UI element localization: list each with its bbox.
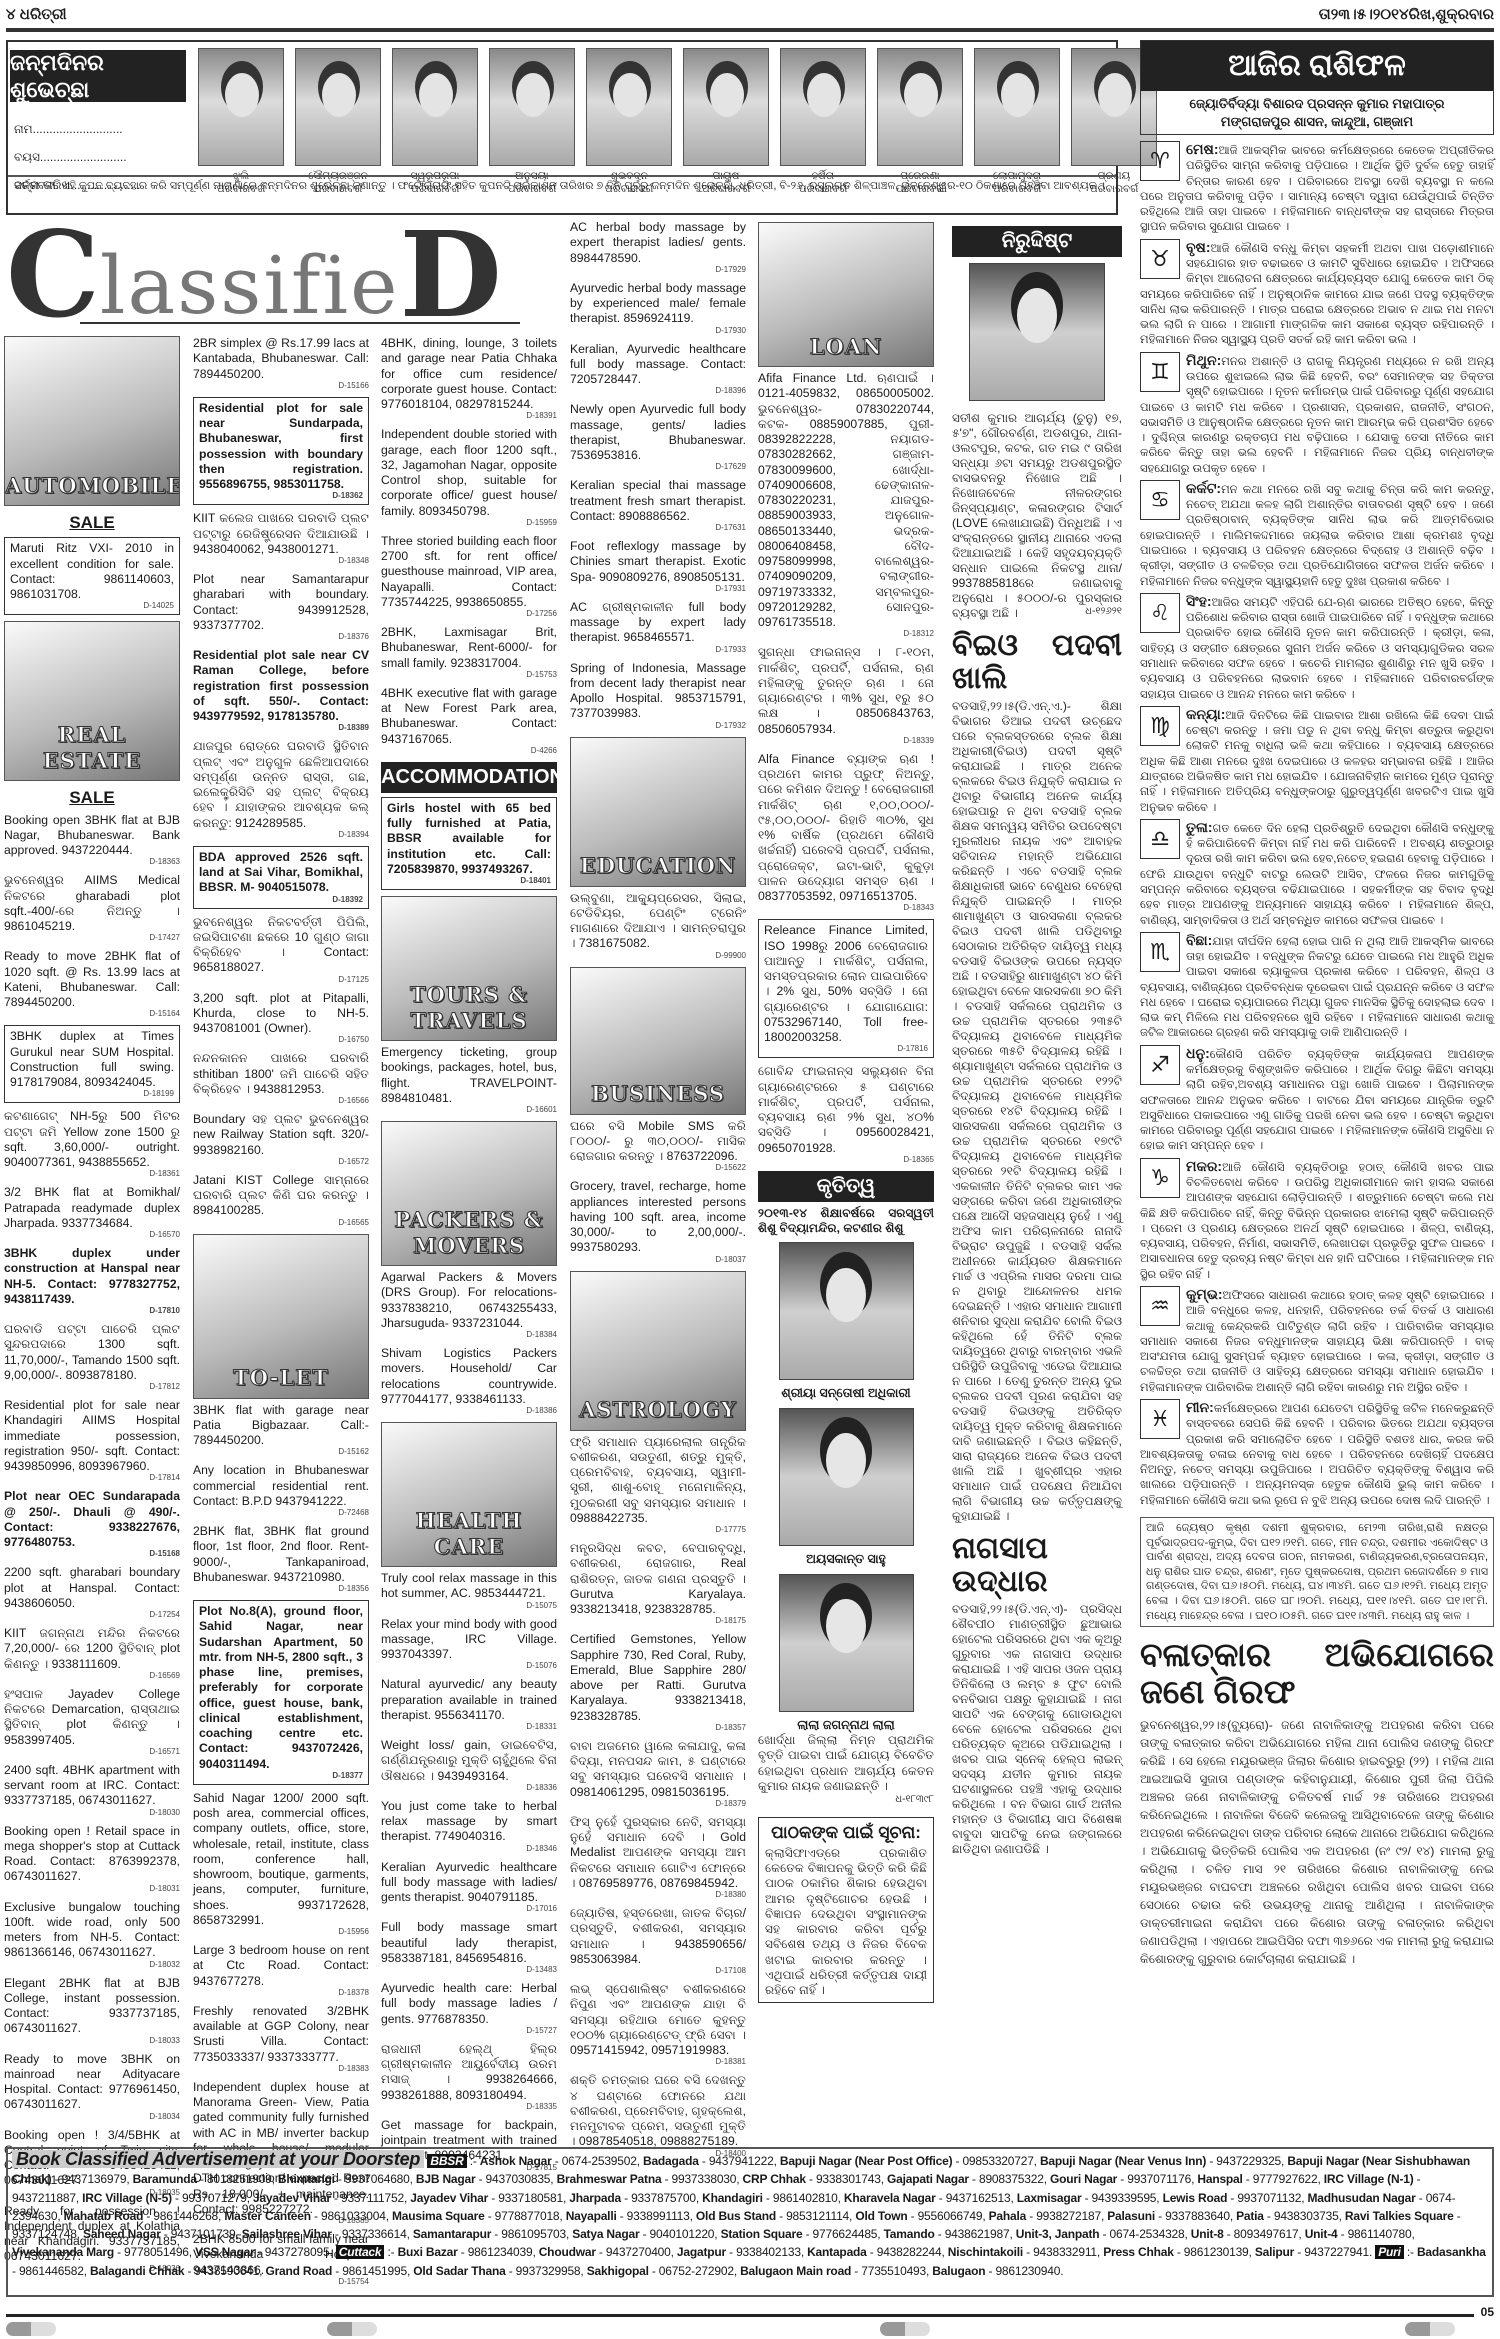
classified-ad: Plot near Samantarapur gharabari with bo… — [193, 572, 369, 642]
classified-ad: Keralian Ayurvedic healthcare full body … — [381, 1860, 557, 1915]
region-tag: Puri — [1375, 2245, 1404, 2259]
booking-center-name: Madhusudan Nagar — [1307, 2191, 1415, 2205]
ad-code: D-17427 — [4, 933, 180, 943]
zodiac-sign-name: କୁମ୍ଭ: — [1186, 1286, 1223, 1302]
zodiac-prediction: ଆଜି କୌଣସି ବନ୍ଧୁ କିମ୍ବା ସହକର୍ମୀ ଅଥବା ପାଖ … — [1140, 243, 1494, 347]
classified-column-5: LOAN Afifa Finance Ltd. ଋଣପାଇଁ । 0121-40… — [758, 222, 934, 2003]
ad-code: D-17929 — [570, 265, 746, 275]
classified-ad: 2BR simplex @ Rs.17.99 lacs at Kantabada… — [193, 336, 369, 391]
accommodation-heading: ACCOMMODATION — [381, 762, 557, 793]
news-body: ବଡସାହି,୨୨।୫(ଡି.ଏନ୍.ଏ)- ପ୍ରସିଦ୍ଧ ଶୈବପୀଠ ମ… — [952, 1602, 1122, 1857]
reader-notice: ପାଠକଙ୍କ ପାଇଁ ସୂଚନା: କ୍ଲାସିଫାଏଡ୍‌ରେ ପ୍ରକା… — [758, 1817, 934, 2004]
ad-text: Jatani KIST College ସାମ୍ନାରେ ଘରବାରି ପ୍ଲଟ… — [193, 1173, 369, 1218]
achievement-intro: ୨୦୧୩-୧୪ ଶିକ୍ଷାବର୍ଷରେ ସରସ୍ୱତୀ ଶିଶୁ ବିଦ୍ୟା… — [758, 1206, 934, 1237]
ad-code: D-15162 — [193, 1447, 369, 1457]
classified-ad: 2400 sqft. 4BHK apartment with servant r… — [4, 1763, 180, 1818]
booking-center-name: Unit-8 — [1191, 2227, 1224, 2241]
booking-center-phone: 9861140780 — [1348, 2227, 1412, 2241]
classified-ad: Booking open 3BHK flat at BJB Nagar, Bhu… — [4, 813, 180, 868]
booking-center-name: Mahatab Road — [64, 2209, 144, 2223]
classified-ad: ଲଭ୍ ସ୍ପେଶାଲିଷ୍ଟ ବଶୀକରଣରେ ନିପୁଣ ଏବଂ ଆପଣଙ୍… — [570, 1982, 746, 2067]
ad-text: Natural ayurvedic/ any beauty preparatio… — [381, 1677, 557, 1722]
classified-ad: ସୁଗନ୍ଧା ଫାଇନାନ୍ସ । ୮-୧୦ମ, ମାର୍କଶିଟ୍, ପ୍ର… — [758, 645, 934, 746]
ad-text: ଫ୍ରି ସମାଧାନ ପ୍ୟାରେଲାଲ ତାନ୍ତ୍ରିକ ବଶୀକରଣ, … — [570, 1435, 746, 1525]
birthday-title: ଜନ୍ମଦିନର ଶୁଭେଚ୍ଛା — [10, 50, 186, 102]
classified-ad: Natural ayurvedic/ any beauty preparatio… — [381, 1677, 557, 1732]
classified-ad: 4BHK executive flat with garage at New F… — [381, 686, 557, 756]
classified-ad: Ayurvedic health care: Herbal full body … — [381, 1981, 557, 2036]
ad-code: D-18356 — [193, 1584, 369, 1594]
ad-text: 2BHK, Laxmisagar Brit, Bhubaneswar, Rent… — [381, 625, 557, 670]
ad-text: Releance Finance Limited, ISO 1998ରୁ 200… — [764, 923, 928, 1044]
zodiac-sign-name: ମକର: — [1186, 1158, 1222, 1174]
zodiac-prediction: ଯାହା ଦୀର୍ଘଦିନ ହେଲା ହୋଇ ପାରି ନ ଥିଲା ଆଜି ଆ… — [1140, 936, 1494, 1040]
classified-ad: 2BHK, Laxmisagar Brit, Bhubaneswar, Rent… — [381, 625, 557, 680]
booking-center-phone: 9438282244 — [877, 2245, 942, 2259]
ad-text: Plot No.8(A), ground floor, Sahid Nagar,… — [199, 1604, 363, 1771]
booking-center-name: Jayadev Vihar — [410, 2191, 488, 2205]
booking-center-name: Hanspal — [1197, 2172, 1242, 2186]
booking-center-phone: 06752-272902 — [659, 2264, 734, 2278]
ad-code: D-18394 — [193, 830, 369, 840]
ad-text: Residential plot sale near CV Raman Coll… — [193, 648, 369, 723]
ad-code: D-4266 — [381, 746, 557, 756]
classified-ad: Spring of Indonesia, Massage from decent… — [570, 661, 746, 731]
booking-center-name: Nayapalli — [566, 2209, 617, 2223]
ad-code: D-17930 — [570, 326, 746, 336]
ad-text: Boundary ସହ ପ୍ଲଟ ଭୁବନେଶ୍ୱର new Railway S… — [193, 1112, 369, 1157]
classified-ad: Weight loss/ gain, ଡାଇବେଟିସ, ଗର୍ଣ୍ଣିଯନ୍ତ… — [381, 1738, 557, 1793]
classified-ad-list: Emergency ticketing, group bookings, pac… — [381, 1045, 557, 1115]
booking-center-phone: 9556066749 — [918, 2209, 983, 2223]
horoscope-list: ♈ମେଷ:ଆଜି ଆକସ୍ମିକ ଭାବରେ କର୍ମକ୍ଷେତ୍ରରେ କେତ… — [1140, 140, 1494, 1968]
classified-ad: Jatani KIST College ସାମ୍ନାରେ ଘରବାରି ପ୍ଲଟ… — [193, 1173, 369, 1228]
classified-ad: Releance Finance Limited, ISO 1998ରୁ 200… — [758, 919, 934, 1058]
ad-code: D-17931 — [570, 584, 746, 594]
ad-code: D-18030 — [4, 1808, 180, 1818]
booking-center-name: Kantapada — [807, 2245, 867, 2259]
ad-text: ଲଭ୍ ସ୍ପେଶାଲିଷ୍ଟ ବଶୀକରଣରେ ନିପୁଣ ଏବଂ ଆପଣଙ୍… — [570, 1982, 746, 2057]
coupon-age-field: ବୟସ.......................... — [14, 150, 184, 178]
classified-ad: 3BHK duplex at Times Gurukul near SUM Ho… — [4, 1025, 180, 1103]
ad-text: Residential plot for sale near Khandagir… — [4, 1398, 180, 1473]
ad-text: Weight loss/ gain, ଡାଇବେଟିସ, ଗର୍ଣ୍ଣିଯନ୍ତ… — [381, 1738, 557, 1783]
ad-code: D-18377 — [199, 1771, 363, 1781]
booking-center-name: Satya Nagar — [572, 2227, 639, 2241]
booking-center-name: Vivekananda Marg — [12, 2245, 114, 2259]
ad-text: Ayurvedic herbal body massage by experie… — [570, 281, 746, 326]
booking-center-name: Gajapati Nagar — [887, 2172, 969, 2186]
classified-ad-list: ଫ୍ରି ସମାଧାନ ପ୍ୟାରେଲାଲ ତାନ୍ତ୍ରିକ ବଶୀକରଣ, … — [570, 1435, 746, 2159]
ad-code: D-18032 — [4, 1960, 180, 1970]
ad-code: D-15164 — [4, 1009, 180, 1019]
ad-code: D-18336 — [381, 1783, 557, 1793]
classified-ad: ବାବା ଅଜମେର ୱାଲେ କଳାଯାଦୁ, କଳା ବିଦ୍ୟା, ମନପ… — [570, 1739, 746, 1809]
packers-movers-banner: PACKERS & MOVERS — [381, 1121, 557, 1266]
ad-code: D-18346 — [381, 1844, 557, 1854]
ad-code: D-17775 — [570, 1525, 746, 1535]
booking-center-phone: 9778051496 — [124, 2245, 189, 2259]
header-divider — [6, 28, 1494, 32]
sale-heading: SALE — [4, 787, 180, 808]
ad-code: D-15075 — [381, 1601, 557, 1611]
classified-ad-list: AC herbal body massage by expert therapi… — [570, 220, 746, 731]
zodiac-sign-name: କର୍କଟ: — [1186, 480, 1221, 496]
ad-text: Girls hostel with 65 bed fully furnished… — [387, 801, 551, 876]
booking-center-phone: 9861451995 — [342, 2264, 407, 2278]
ad-code: D-17108 — [570, 1966, 746, 1976]
classified-ad: ମନ୍ତ୍ରସିଦ୍ଧ କବଚ, ବେପାରବୃଦ୍ଧି, ବଶୀକରଣ, ରୋ… — [570, 1541, 746, 1626]
zodiac-sign-entry: ♊ମିଥୁନ:ମନର ଅଶାନ୍ତି ଓ ରାଗକୁ ନିୟନ୍ତ୍ରଣ ମଧ୍… — [1140, 351, 1494, 477]
booking-center-name: Unit-4 — [1305, 2227, 1338, 2241]
ad-text: Grocery, travel, recharge, home applianc… — [570, 1179, 746, 1254]
page-number: 05 — [1481, 2305, 1494, 2320]
ad-text: ଭୁବନେଶ୍ୱର ନିକଟବର୍ତ୍ତୀ ପିପିଲି, ଜଇସିପାଟଣା … — [193, 915, 369, 975]
booking-center-phone: 9853121114 — [786, 2209, 849, 2223]
student-name: ଶ୍ରୀୟା ସନ୍ତୋଷୀ ଅଧିକାରୀ — [758, 1386, 934, 1402]
ad-code: D-18199 — [10, 1089, 174, 1099]
portrait-photo — [198, 48, 284, 166]
ad-code: D-18401 — [387, 876, 551, 886]
classified-ad: Newly open Ayurvedic full body massage, … — [570, 402, 746, 472]
zodiac-sign-name: ମେଷ: — [1186, 141, 1218, 157]
booking-center-name: Bapuji Nagar (Near Post Office) — [780, 2154, 953, 2168]
ad-text: Keralian Ayurvedic healthcare full body … — [381, 1860, 557, 1905]
ad-code: D-15622 — [570, 1163, 746, 1173]
booking-center-phone: 9861446268 — [153, 2209, 218, 2223]
booking-center-phone: 8018251909 — [207, 2172, 272, 2186]
zodiac-prediction: ଅଫିସରେ ସାଧାରଣ କଥାରେ ହଠାତ୍ କଳହ ସୃଷ୍ଟି ହୋଇ… — [1140, 1290, 1494, 1394]
panchang-box: ଆଜି ଜ୍ୟେଷ୍ଠ କୃଷ୍ଣ ଦଶମୀ ଶୁକ୍ରବାର, ମେ୨୩ ତା… — [1140, 1517, 1494, 1627]
ad-text: ରାଜଧାନୀ ହେଲ୍‌ଥ୍ ହିଲ୍‌ର ଗ୍ରୀଷ୍ମକାଳୀନ ଆୟୁର… — [381, 2042, 557, 2102]
birthday-card: ଝୁଲିପରିବାରବର୍ଗ — [196, 48, 286, 196]
ad-text: ଶକ୍ତି ଚମତ୍କାର ଘରେ ବସି ଦେଖନ୍ତୁ ୪ ଘଣ୍ଟାରେ … — [570, 2073, 746, 2148]
ad-code: D-15956 — [193, 1927, 369, 1937]
student-photo — [779, 1574, 914, 1712]
ad-text: Foot reflexlogy massage by Chinies smart… — [570, 539, 746, 584]
ad-text: Freshly renovated 3/2BHK available at GG… — [193, 2004, 369, 2064]
ad-text: Ayurvedic health care: Herbal full body … — [381, 1981, 557, 2026]
classified-ad: Residential plot sale near CV Raman Coll… — [193, 648, 369, 733]
ad-code: D-18343 — [758, 903, 934, 913]
achievement-outro: ଖୋର୍ଦ୍ଧା ଜିଲ୍ଲା ନିମ୍ନ ପ୍ରାଥମିକ ବୃତ୍ତି ପା… — [758, 1733, 934, 1807]
booking-center-phone: 9438621987 — [945, 2227, 1010, 2241]
birthday-card: ସ୍ୱରୂପରୂପାପରିବାରବର୍ଗ — [390, 48, 480, 196]
booking-center-phone: 8908375322 — [979, 2172, 1044, 2186]
booking-center-name: Tamando — [884, 2227, 935, 2241]
region-tag: BBSR — [427, 2154, 466, 2168]
zodiac-prediction: ମନର ଅଶାନ୍ତି ଓ ରାଗକୁ ନିୟନ୍ତ୍ରଣ ମଧ୍ୟରେ ନ ର… — [1140, 356, 1494, 475]
zodiac-prediction: ଗତ କେତେ ଦିନ ହେଲା ପ୍ରତିଶ୍ରୁତି ଦେଇଥିବା କୌଣ… — [1140, 823, 1494, 927]
booking-center-name: Patia — [1236, 2209, 1264, 2223]
zodiac-signs: ♈ମେଷ:ଆଜି ଆକସ୍ମିକ ଭାବରେ କର୍ମକ୍ଷେତ୍ରରେ କେତ… — [1140, 140, 1494, 1509]
ad-text: 2BR simplex @ Rs.17.99 lacs at Kantabada… — [193, 336, 369, 381]
classified-ad: Alfa Finance ବ୍ୟାଙ୍କ ଋଣ ! ପ୍ରଥମେ କାମର ପ୍… — [758, 752, 934, 914]
ad-code: D-18384 — [381, 1330, 557, 1340]
ad-text: Booking open 3BHK flat at BJB Nagar, Bhu… — [4, 813, 180, 858]
zodiac-icon: ♊ — [1140, 352, 1180, 392]
classified-ad: Truly cool relax massage in this hot sum… — [381, 1571, 557, 1611]
classified-ad-list: ଉଲ୍‌ବୁଣା, ଆକ୍ୟୁପ୍ରେସର, ସିଲାଇ, ଟେଡିବିୟର, … — [570, 891, 746, 961]
ad-text: ବାବା ଅଜମେର ୱାଲେ କଳାଯାଦୁ, କଳା ବିଦ୍ୟା, ମନପ… — [570, 1739, 746, 1799]
classified-ad: Full body massage smart beautiful lady t… — [381, 1920, 557, 1975]
booking-center-name: Samantarapur — [413, 2227, 491, 2241]
ad-text: Plot near Samantarapur gharabari with bo… — [193, 572, 369, 632]
ad-code: D-18376 — [193, 632, 369, 642]
zodiac-sign-entry: ♑ମକର:ଆଜି କୌଣସି ବ୍ୟକ୍ତିଠାରୁ ହଠାତ୍ କୌଣସି ଖ… — [1140, 1157, 1494, 1283]
portrait-photo — [295, 48, 381, 166]
classified-ad: Ready to move 3BHK on mainroad near Adit… — [4, 2052, 180, 2122]
ad-text: Booking open ! Retail space in mega shop… — [4, 1824, 180, 1884]
ad-code: D-15753 — [381, 670, 557, 680]
ad-text: Agarwal Packers & Movers (DRS Group). Fo… — [381, 1270, 557, 1330]
ad-code: D-18357 — [570, 1723, 746, 1733]
booking-center-name: Balugaon Main road — [740, 2264, 851, 2278]
classified-ad: 3,200 sqft. plot at Pitapalli, Khurda, c… — [193, 991, 369, 1046]
ad-text: Full body massage smart beautiful lady t… — [381, 1920, 557, 1965]
booking-center-phone: 9937071279 — [182, 2191, 247, 2205]
booking-center-phone: 9861230139 — [1184, 2245, 1249, 2259]
zodiac-sign-name: ମୀନ: — [1186, 1399, 1214, 1415]
booking-center-phone: 9437270400 — [606, 2245, 671, 2259]
classified-ad: Keralian, Ayurvedic healthcare full body… — [570, 342, 746, 397]
booking-center-name: Balugaon — [932, 2264, 985, 2278]
ad-text: BDA approved 2526 sqft. land at Sai Viha… — [199, 850, 363, 895]
classified-ad: ଶକ୍ତି ଚମତ୍କାର ଘରେ ବସି ଦେଖନ୍ତୁ ୪ ଘଣ୍ଟାରେ … — [570, 2073, 746, 2158]
booking-center-phone: 9437162513 — [946, 2191, 1011, 2205]
classified-ad: AC herbal body massage by expert therapi… — [570, 220, 746, 275]
booking-center-name: Old Town — [855, 2209, 907, 2223]
ad-text: Truly cool relax massage in this hot sum… — [381, 1571, 557, 1600]
zodiac-icon: ♍ — [1140, 706, 1180, 746]
ad-text: ନନ୍ଦନକାନନ ପାଖରେ ଘରବାରି sthitiban 1800' ଜ… — [193, 1051, 369, 1096]
booking-center-phone: 8093497617 — [1234, 2227, 1299, 2241]
ad-code: D-18362 — [199, 491, 363, 501]
booking-center-phone: 9338301743 — [816, 2172, 881, 2186]
ad-text: Exclusive bungalow touching 100ft. wide … — [4, 1900, 180, 1960]
classified-ad: ଉଲ୍‌ବୁଣା, ଆକ୍ୟୁପ୍ରେସର, ସିଲାଇ, ଟେଡିବିୟର, … — [570, 891, 746, 961]
booking-center-phone: 9437278095 — [265, 2245, 330, 2259]
zodiac-sign-entry: ♉ବୃଷ:ଆଜି କୌଣସି ବନ୍ଧୁ କିମ୍ବା ସହକର୍ମୀ ଅଥବା… — [1140, 238, 1494, 349]
booking-center-name: Mausima Square — [392, 2209, 485, 2223]
footer-divider — [6, 2314, 1474, 2317]
ad-code: D-18396 — [570, 386, 746, 396]
classified-ad: BDA approved 2526 sqft. land at Sai Viha… — [193, 846, 369, 909]
page-tab-decoration — [6, 2322, 56, 2336]
classified-ad: Foot reflexlogy massage by Chinies smart… — [570, 539, 746, 594]
classified-ad: AC ଗ୍ରୀଷ୍ମକାଳୀନ full body massage by exp… — [570, 600, 746, 655]
classified-ad-list: Agarwal Packers & Movers (DRS Group). Fo… — [381, 1270, 557, 1416]
classified-ad: You just come take to herbal relax massa… — [381, 1799, 557, 1854]
classified-column-2: 2BR simplex @ Rs.17.99 lacs at Kantabada… — [193, 336, 369, 2293]
portrait-photo — [683, 48, 769, 166]
ad-text: 3BHK duplex under construction at Hanspa… — [4, 1246, 180, 1306]
booking-center-name: Pahala — [989, 2209, 1027, 2223]
ad-text: Large 3 bedroom house on rent at Ctc Roa… — [193, 1943, 369, 1988]
zodiac-prediction: କର୍ମକ୍ଷେତ୍ରରେ ଆପଣ ଯେତେଟା ପରିସ୍ଥିତିକୁ ଜଟି… — [1140, 1403, 1494, 1507]
logo-underline — [80, 322, 520, 324]
classified-ad: Three storied building each floor 2700 s… — [381, 534, 557, 619]
booking-center-name: Old Sadar Thana — [413, 2264, 505, 2278]
zodiac-icon: ♓ — [1140, 1399, 1180, 1439]
booking-center-name: Baramunda — [133, 2172, 197, 2186]
portrait-photo — [780, 48, 866, 166]
booking-center-phone: 0674-2539502 — [562, 2154, 637, 2168]
classified-ad: Elegant 2BHK flat at BJB College, instan… — [4, 1976, 180, 2046]
footer-lead: Book Classified Advertisement at your Do… — [12, 2150, 424, 2168]
ad-text: Elegant 2BHK flat at BJB College, instan… — [4, 1976, 180, 2036]
classified-ad: Plot No.8(A), ground floor, Sahid Nagar,… — [193, 1600, 369, 1785]
ad-text: Independent double storied with garage, … — [381, 427, 557, 517]
ad-code: D-15168 — [4, 1549, 180, 1559]
zodiac-icon: ♐ — [1140, 1045, 1180, 1085]
booking-center-name: BJB Nagar — [416, 2172, 476, 2186]
booking-center-name: Jagatpur — [677, 2245, 726, 2259]
business-banner: BUSINESS — [570, 967, 746, 1115]
birthday-greetings-box: ଜନ୍ମଦିନର ଶୁଭେଚ୍ଛା ନାମ...................… — [6, 40, 1118, 215]
classified-ad: ନନ୍ଦନକାନନ ପାଖରେ ଘରବାରି sthitiban 1800' ଜ… — [193, 1051, 369, 1106]
booking-center-phone: 9337180581 — [498, 2191, 563, 2205]
ad-text: KIIT କଲେଜ ପାଖରେ ଘରବାଡି ପ୍ଲଟ ପଟ୍ଟାରୁ ରେଜି… — [193, 511, 369, 556]
news-body: ବଡସାହି,୨୨।୫(ଡି.ଏନ୍.ଏ.)- ଶିକ୍ଷା ବିଭାଗର ଡି… — [952, 699, 1122, 1524]
zodiac-prediction: ଆଜି ଆକସ୍ମିକ ଭାବରେ କର୍ମକ୍ଷେତ୍ରରେ କେତେକ ଅପ… — [1140, 145, 1494, 233]
classified-ad: Large 3 bedroom house on rent at Ctc Roa… — [193, 1943, 369, 1998]
astrology-banner: ASTROLOGY — [570, 1271, 746, 1431]
ad-text: ଗୋବିନ୍ଦ ଫାଇନାନ୍ସ ସଲ୍ୟୁଶନ ବିନା ଗ୍ୟାରେଣ୍ଟର… — [758, 1064, 934, 1154]
ad-text: 2BHK flat, 3BHK flat ground floor, 1st f… — [193, 1524, 369, 1584]
ad-code: D-17016 — [381, 1904, 557, 1914]
classified-ad: ଯାଜପୁର ରୋଡ୍‌ରେ ଘରବାଡି ସ୍ଥିତିବାନ ପ୍ଲଟ୍ ଏବ… — [193, 739, 369, 840]
education-banner: EDUCATION — [570, 737, 746, 887]
ad-text: AC herbal body massage by expert therapi… — [570, 220, 746, 265]
zodiac-prediction: ଆଜି କୌଣସି ବ୍ୟକ୍ତିଠାରୁ ହଠାତ୍ କୌଣସି ଖବର ପା… — [1140, 1162, 1494, 1281]
classified-logo: ClassifieD — [6, 222, 526, 322]
classified-ad: KIIT କଲେଜ ପାଖରେ ଘରବାଡି ପ୍ଲଟ ପଟ୍ଟାରୁ ରେଜି… — [193, 511, 369, 566]
booking-center-phone: 9437101739 — [171, 2227, 236, 2241]
booking-center-phone: 9938272187 — [1036, 2209, 1101, 2223]
booking-center-name: Lewis Road — [1163, 2191, 1228, 2205]
zodiac-icon: ♉ — [1140, 239, 1180, 279]
ad-code: D-15727 — [381, 2026, 557, 2036]
zodiac-sign-entry: ♈ମେଷ:ଆଜି ଆକସ୍ମିକ ଭାବରେ କର୍ମକ୍ଷେତ୍ରରେ କେତ… — [1140, 140, 1494, 236]
ad-code: D-17256 — [381, 609, 557, 619]
zodiac-sign-entry: ♒କୁମ୍ଭ:ଅଫିସରେ ସାଧାରଣ କଥାରେ ହଠାତ୍ କଳହ ସୃଷ… — [1140, 1285, 1494, 1396]
zodiac-sign-name: ସିଂହ: — [1186, 593, 1212, 609]
birthday-card: ପ୍ରେରଣାପରିବାରବର୍ଗ — [875, 48, 965, 196]
ad-text: Spring of Indonesia, Massage from decent… — [570, 661, 746, 721]
booking-center-phone: 9437136979 — [62, 2172, 127, 2186]
zodiac-sign-entry: ♐ଧନୁ:କୌଣସି ପରିଚିତ ବ୍ୟକ୍ତିଙ୍କ କାର୍ଯ୍ୟକଳାପ… — [1140, 1044, 1494, 1155]
classified-ad: ରାଜଧାନୀ ହେଲ୍‌ଥ୍ ହିଲ୍‌ର ଗ୍ରୀଷ୍ମକାଳୀନ ଆୟୁର… — [381, 2042, 557, 2112]
booking-center-phone: 9437030835 — [486, 2172, 551, 2186]
ad-text: 3,200 sqft. plot at Pitapalli, Khurda, c… — [193, 991, 369, 1036]
zodiac-prediction: ମନ କଥା ମନରେ ରଖି ସବୁ କଥାକୁ ଚିନ୍ତା କରି କାମ… — [1140, 484, 1494, 588]
ad-text: Relax your mind body with good massage, … — [381, 1617, 557, 1662]
ad-text: Shivam Logistics Packers movers. Househo… — [381, 1346, 557, 1406]
ad-text: Keralian, Ayurvedic healthcare full body… — [570, 342, 746, 387]
zodiac-prediction: କୌଣସି ପରିଚିତ ବ୍ୟକ୍ତିଙ୍କ କାର୍ଯ୍ୟକଳାପ ଆପଣଙ… — [1140, 1049, 1494, 1153]
ad-text: ସୁଗନ୍ଧା ଫାଇନାନ୍ସ । ୮-୧୦ମ, ମାର୍କଶିଟ୍, ପ୍ର… — [758, 645, 934, 735]
birthday-card: ଅନୁସୟାପରିବାରବର୍ଗ — [487, 48, 577, 196]
classified-ad: ଘରେ ବସି Mobile SMS କରି ୮୦୦୦/- ରୁ ୩୦,୦୦୦/… — [570, 1119, 746, 1174]
booking-center-name: Nischintakoili — [948, 2245, 1023, 2259]
ad-text: ଫିସ୍ ନୁହେଁ ପୁରସ୍କାର ନେବି, ସମସ୍ୟା ନୁହେଁ ସ… — [570, 1815, 746, 1890]
booking-center-phone: 9937338030 — [672, 2172, 737, 2186]
classified-ad: 4BHK, dining, lounge, 3 toilets and gara… — [381, 336, 557, 421]
classified-ad: ହଂସପାଳ Jayadev College ନିକଟରେ Demarcatio… — [4, 1687, 180, 1757]
booking-center-name: Badasankha — [1417, 2245, 1486, 2259]
ad-text: ମନ୍ତ୍ରସିଦ୍ଧ କବଚ, ବେପାରବୃଦ୍ଧି, ବଶୀକରଣ, ରୋ… — [570, 1541, 746, 1616]
ad-text: ଘରବାଡି ପଟ୍ଟା ପାଚେରି ପ୍ଲଟ ସୁନ୍ଦରପଦାରେ 130… — [4, 1322, 180, 1382]
booking-center-name: Jharpada — [569, 2191, 621, 2205]
news-headline: ନାଗସାପ ଉଦ୍ଧାର — [952, 1532, 1122, 1598]
ad-code: D-17125 — [193, 975, 369, 985]
booking-center-phone: 9937064680 — [345, 2172, 410, 2186]
birthday-card: ଲୋପାମୁଦ୍ରାପରିବାରବର୍ଗ — [972, 48, 1062, 196]
classified-ad-list: 4BHK, dining, lounge, 3 toilets and gara… — [381, 336, 557, 756]
ad-code: D-99900 — [570, 951, 746, 961]
classified-ad: Booking open ! Retail space in mega shop… — [4, 1824, 180, 1894]
classified-ad: Shivam Logistics Packers movers. Househo… — [381, 1346, 557, 1416]
booking-center-name: Jayadev Vihar — [253, 2191, 331, 2205]
ad-code: D-16750 — [193, 1035, 369, 1045]
ad-code: D-15076 — [381, 1661, 557, 1671]
to-let-banner: TO-LET — [193, 1234, 369, 1399]
classified-ad: ଭୁବନେଶ୍ୱର ନିକଟବର୍ତ୍ତୀ ପିପିଲି, ଜଇସିପାଟଣା … — [193, 915, 369, 985]
classified-ad-list: Girls hostel with 65 bed fully furnished… — [381, 797, 557, 890]
ad-text: Alfa Finance ବ୍ୟାଙ୍କ ଋଣ ! ପ୍ରଥମେ କାମର ପ୍… — [758, 752, 934, 903]
zodiac-icon: ♈ — [1140, 141, 1180, 181]
booking-center-name: Bhimtangi — [278, 2172, 335, 2186]
booking-center-name: Sailashree Vihar — [242, 2227, 332, 2241]
booking-center-name: Kharavela Nagar — [844, 2191, 936, 2205]
booking-center-phone: 9437941222 — [709, 2154, 774, 2168]
booking-center-name: Khandagiri — [702, 2191, 763, 2205]
zodiac-sign-name: ତୁଳା: — [1186, 819, 1213, 835]
booking-center-phone: 9778877018 — [495, 2209, 560, 2223]
booking-center-phone: 9861446582 — [19, 2264, 84, 2278]
ad-code: D-72468 — [193, 1508, 369, 1518]
booking-center-name: Brahmeswar Patna — [557, 2172, 662, 2186]
health-care-banner: HEALTH CARE — [381, 1422, 557, 1567]
classified-ad: Residential plot for sale near Sundarpad… — [193, 397, 369, 506]
automobile-banner: AUTOMOBILE — [4, 336, 180, 506]
loan-banner: LOAN — [758, 222, 934, 367]
ad-code: D-18033 — [4, 2036, 180, 2046]
ad-code: D-15959 — [381, 518, 557, 528]
reader-notice-title: ପାଠକଙ୍କ ପାଇଁ ସୂଚନା: — [765, 1822, 927, 1843]
booking-center-phone: 09853320727 — [962, 2154, 1033, 2168]
booking-center-name: Sakhigopal — [587, 2264, 649, 2278]
classified-ad: Keralian special thai massage treatment … — [570, 478, 746, 533]
classified-ad: Emergency ticketing, group bookings, pac… — [381, 1045, 557, 1115]
ad-code: D-18365 — [758, 1155, 934, 1165]
ad-text: ଉଲ୍‌ବୁଣା, ଆକ୍ୟୁପ୍ରେସର, ସିଲାଇ, ଟେଡିବିୟର, … — [570, 891, 746, 951]
portrait-photo — [974, 48, 1060, 166]
ad-text: 2200 sqft. gharabari boundary plot at Ha… — [4, 1565, 180, 1610]
ad-code: D-16572 — [193, 1157, 369, 1167]
portrait-photo — [392, 48, 478, 166]
ad-code: D-15166 — [193, 381, 369, 391]
booking-center-name: Badagada — [643, 2154, 699, 2168]
booking-center-name: Choudwar — [539, 2245, 596, 2259]
classified-ad: Certified Gemstones, Yellow Sapphire 730… — [570, 1632, 746, 1733]
booking-center-name: Press Chhak — [1103, 2245, 1174, 2259]
classified-ad: Ready to move 2BHK flat of 1020 sqft. @ … — [4, 949, 180, 1019]
news-headline: ବଳାତ୍କାର ଅଭିଯୋଗରେ ଜଣେ ଗିରଫ — [1140, 1637, 1494, 1710]
zodiac-icon: ♑ — [1140, 1158, 1180, 1198]
booking-center-name: Salipur — [1255, 2245, 1294, 2259]
